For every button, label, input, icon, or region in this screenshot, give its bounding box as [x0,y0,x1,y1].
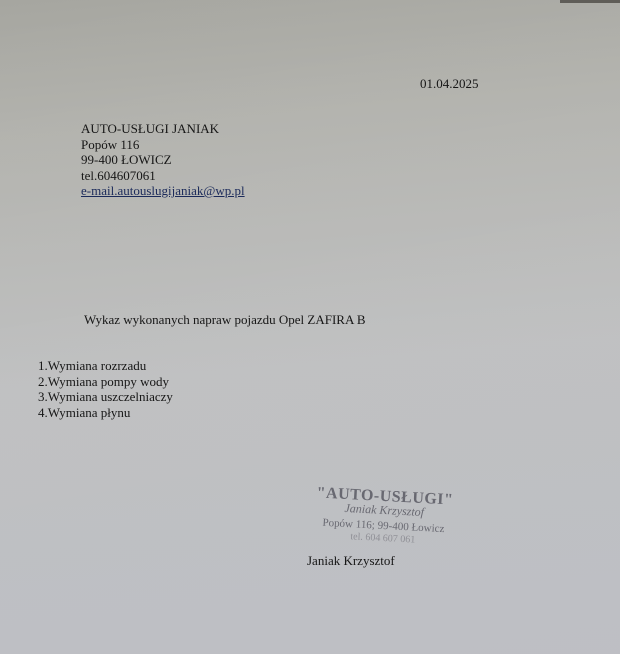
repair-item: 4.Wymiana płynu [38,405,173,421]
company-name: AUTO-USŁUGI JANIAK [81,121,245,137]
signature-name: Janiak Krzysztof [307,553,395,569]
repair-item: 3.Wymiana uszczelniaczy [38,389,173,405]
repairs-list: 1.Wymiana rozrzadu 2.Wymiana pompy wody … [38,358,173,420]
phone-number: tel.604607061 [81,168,245,184]
street-address: Popów 116 [81,137,245,153]
document-date: 01.04.2025 [420,76,479,92]
sender-address-block: AUTO-USŁUGI JANIAK Popów 116 99-400 ŁOWI… [81,121,245,199]
paper-edge [560,0,620,3]
repair-item: 1.Wymiana rozrzadu [38,358,173,374]
email-link[interactable]: e-mail.autouslugijaniak@wp.pl [81,183,245,199]
repair-item: 2.Wymiana pompy wody [38,374,173,390]
company-stamp: "AUTO-USŁUGI" Janiak Krzysztof Popów 116… [313,484,456,547]
postal-city: 99-400 ŁOWICZ [81,152,245,168]
document-heading: Wykaz wykonanych napraw pojazdu Opel ZAF… [84,312,366,328]
